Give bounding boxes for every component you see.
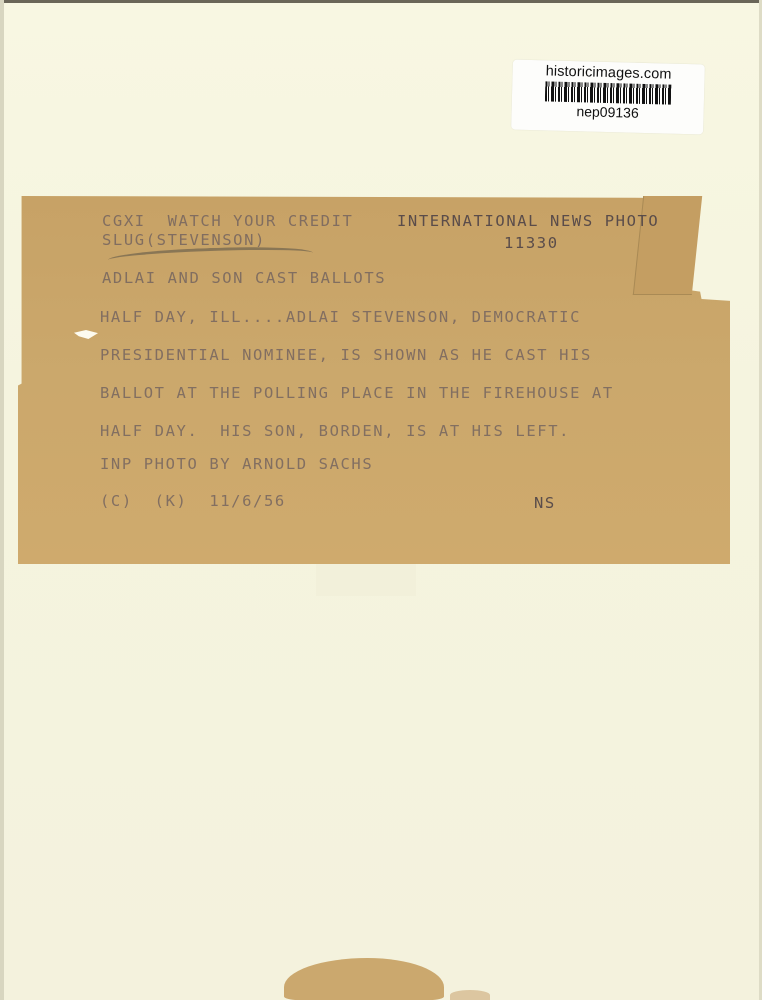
label-site: historicimages.com [512, 62, 704, 83]
caption-footer-date: (C) (K) 11/6/56 [100, 492, 286, 510]
barcode-label: historicimages.com nep09136 [511, 59, 705, 134]
caption-body-line: HALF DAY, ILL....ADLAI STEVENSON, DEMOCR… [100, 308, 581, 326]
header-right-line2: 11330 [504, 234, 559, 252]
label-code: nep09136 [511, 101, 703, 122]
tape-residue-stain [284, 958, 444, 1000]
caption-torn-flap [633, 196, 702, 295]
caption-footer-initials: NS [534, 494, 556, 512]
tape-residue-stain-small [450, 990, 490, 1000]
caption-body-line: PRESIDENTIAL NOMINEE, IS SHOWN AS HE CAS… [100, 346, 592, 364]
header-left-line1: CGXI WATCH YOUR CREDIT [102, 212, 353, 230]
header-right-line1: INTERNATIONAL NEWS PHOTO [397, 212, 659, 230]
page-edge-left [0, 0, 4, 1000]
caption-body-line: HALF DAY. HIS SON, BORDEN, IS AT HIS LEF… [100, 422, 570, 440]
adhesive-ghost-mark [316, 564, 416, 596]
caption-headline: ADLAI AND SON CAST BALLOTS [102, 269, 386, 287]
caption-credit: INP PHOTO BY ARNOLD SACHS [100, 455, 373, 473]
page-edge-top [0, 0, 762, 3]
archive-photo-back: historicimages.com nep09136 CGXI WATCH Y… [0, 0, 762, 1000]
barcode-icon [545, 81, 671, 104]
caption-body-line: BALLOT AT THE POLLING PLACE IN THE FIREH… [100, 384, 614, 402]
header-left-line2: SLUG(STEVENSON) [102, 231, 266, 249]
